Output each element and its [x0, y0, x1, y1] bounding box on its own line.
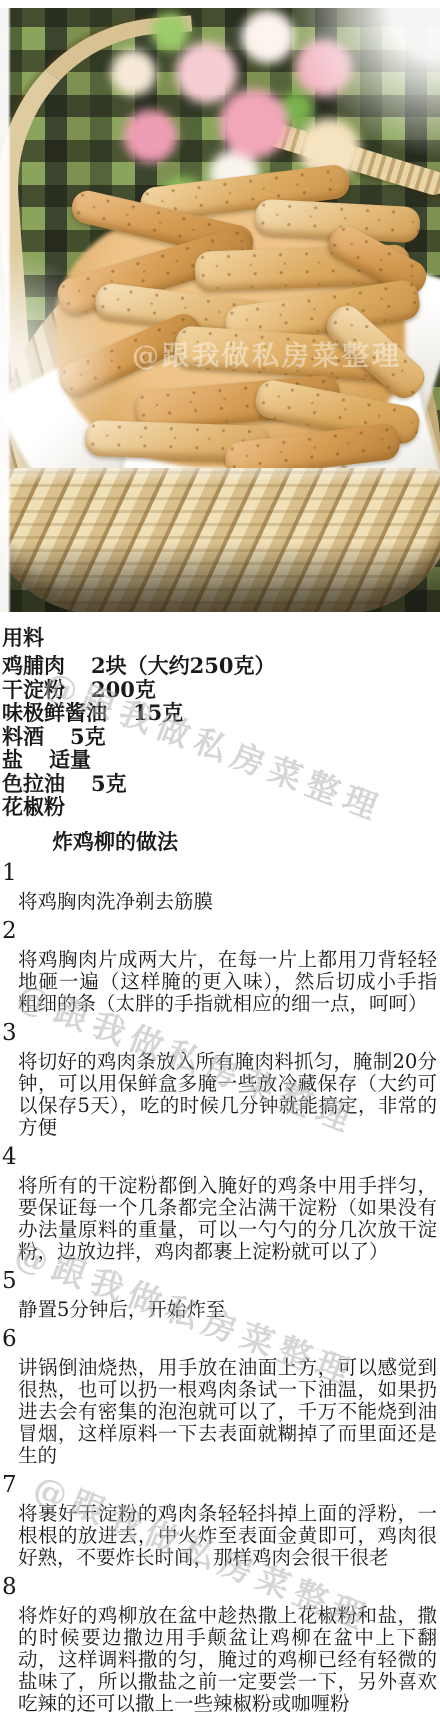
ingredient-amount: 适量 [49, 747, 91, 772]
ingredient-amount: 2块（大约250克） [91, 653, 275, 678]
ingredient-name: 色拉油 [2, 771, 65, 796]
step-text: 将鸡胸肉洗净剃去筋膜 [0, 891, 440, 913]
ingredient-row: 料酒5克 [0, 725, 440, 749]
ingredient-row: 花椒粉 [0, 795, 440, 819]
ingredient-name: 料酒 [2, 724, 44, 749]
photo-watermark: @跟我做私房菜整理 [132, 334, 402, 373]
ingredient-row: 盐适量 [0, 748, 440, 772]
step-text: 静置5分钟后，开始炸至 [0, 1299, 440, 1321]
ingredient-name: 盐 [2, 747, 23, 772]
ingredient-amount: 5克 [70, 724, 106, 749]
ingredient-row: 味极鲜酱油15克 [0, 701, 440, 725]
ingredient-amount: 5克 [91, 771, 127, 796]
step-number: 1 [0, 859, 440, 887]
step-text: 将炸好的鸡柳放在盆中趁热撒上花椒粉和盐，撒的时候要边撒边用手颠盆让鸡柳在盆中上下… [0, 1605, 440, 1715]
step-text: 将鸡胸肉片成两大片，在每一片上都用刀背轻轻地砸一遍（这样腌的更入味），然后切成小… [0, 949, 440, 1015]
step-number: 5 [0, 1267, 440, 1295]
ingredient-name: 鸡脯肉 [2, 653, 65, 678]
ingredient-amount: 15克 [133, 700, 183, 725]
step-text: 将所有的干淀粉都倒入腌好的鸡条中用手拌匀，要保证每一个几条都完全沾满干淀粉（如果… [0, 1175, 440, 1263]
step-number: 7 [0, 1471, 440, 1499]
recipe-content: 用料 鸡脯肉2块（大约250克） 干淀粉200克 味极鲜酱油15克 料酒5克 盐… [0, 612, 440, 1715]
step-number: 2 [0, 917, 440, 945]
step-number: 8 [0, 1573, 440, 1601]
ingredient-amount: 200克 [91, 677, 156, 702]
step-number: 3 [0, 1019, 440, 1047]
ingredient-name: 花椒粉 [2, 794, 65, 819]
ingredient-row: 鸡脯肉2块（大约250克） [0, 654, 440, 678]
recipe-page: @跟我做私房菜整理 用料 鸡脯肉2块（大约250克） 干淀粉200克 味极鲜酱油… [0, 0, 440, 1720]
method-title: 炸鸡柳的做法 [0, 829, 440, 855]
step-text: 讲锅倒油烧热，用手放在油面上方，可以感觉到很热，也可以扔一根鸡肉条试一下油温，如… [0, 1357, 440, 1467]
step-text: 将切好的鸡肉条放入所有腌肉料抓匀，腌制20分钟，可以用保鲜盒多腌一些放冷藏保存（… [0, 1051, 440, 1139]
ingredient-name: 味极鲜酱油 [2, 700, 107, 725]
ingredient-row: 干淀粉200克 [0, 678, 440, 702]
basket-rim [0, 468, 440, 612]
ingredients-header: 用料 [0, 626, 440, 650]
recipe-photo: @跟我做私房菜整理 [0, 8, 440, 612]
step-text: 将裹好干淀粉的鸡肉条轻轻抖掉上面的浮粉，一根根的放进去，中火炸至表面金黄即可，鸡… [0, 1503, 440, 1569]
step-number: 6 [0, 1325, 440, 1353]
ingredient-row: 色拉油5克 [0, 772, 440, 796]
ingredient-name: 干淀粉 [2, 677, 65, 702]
step-number: 4 [0, 1143, 440, 1171]
